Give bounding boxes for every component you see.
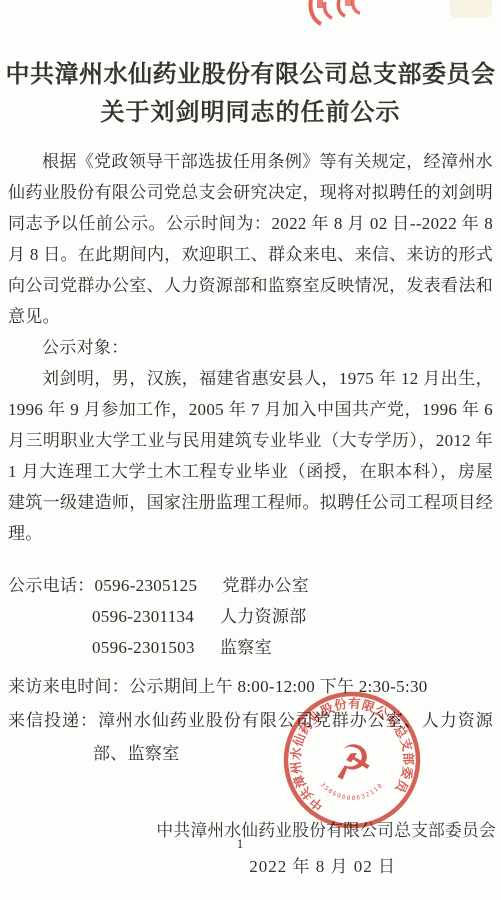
phone-dept-3: 监察室 xyxy=(220,638,272,657)
phone-number-2: 0596-2301134 xyxy=(92,601,220,632)
phone-number-3: 0596-2301503 xyxy=(92,632,220,663)
mail-address-line: 来信投递：漳州水仙药业股份有限公司党群办公室、人力资源部、监察室 xyxy=(8,704,493,770)
paragraph-intro: 根据《党政领导干部选拔任用条例》等有关规定，经漳州水仙药业股份有限公司党总支会研… xyxy=(8,146,493,332)
phone-label: 公示电话： xyxy=(8,576,95,595)
seal-code-text: 35060000632110 xyxy=(318,773,386,807)
signature-org: 中共漳州水仙药业股份有限公司总支部委员会 xyxy=(8,816,496,846)
top-stamp-fragment xyxy=(305,0,367,30)
paragraph-candidate: 刘剑明，男，汉族，福建省惠安县人，1975 年 12 月出生，1996 年 9 … xyxy=(8,363,493,549)
partial-seal-icon xyxy=(305,0,367,30)
phone-number-1: 0596-2305125 xyxy=(95,570,223,601)
phone-row-1: 公示电话：0596-2305125党群办公室 xyxy=(8,570,493,601)
signature-date: 2022 年 8 月 02 日 xyxy=(8,852,396,882)
phone-dept-1: 党群办公室 xyxy=(223,576,310,595)
visit-time-line: 来访来电时间：公示期间上午 8:00-12:00 下午 2:30-5:30 xyxy=(8,671,493,702)
title-line-2: 关于刘剑明同志的任前公示 xyxy=(0,94,501,132)
document-title: 中共漳州水仙药业股份有限公司总支部委员会 关于刘剑明同志的任前公示 xyxy=(0,0,501,132)
title-line-1: 中共漳州水仙药业股份有限公司总支部委员会 xyxy=(0,56,501,94)
svg-text:35060000632110: 35060000632110 xyxy=(318,773,386,807)
page-number: 1 xyxy=(228,836,252,852)
contact-section: 公示电话：0596-2305125党群办公室 0596-2301134人力资源部… xyxy=(0,570,501,770)
phone-row-2: 0596-2301134人力资源部 xyxy=(8,601,493,632)
phone-row-3: 0596-2301503监察室 xyxy=(8,632,493,663)
phone-dept-2: 人力资源部 xyxy=(220,607,307,626)
object-label: 公示对象： xyxy=(8,332,493,363)
scan-artifact xyxy=(450,0,492,18)
announcement-page: 中共漳州水仙药业股份有限公司总支部委员会 关于刘剑明同志的任前公示 根据《党政领… xyxy=(0,0,501,900)
